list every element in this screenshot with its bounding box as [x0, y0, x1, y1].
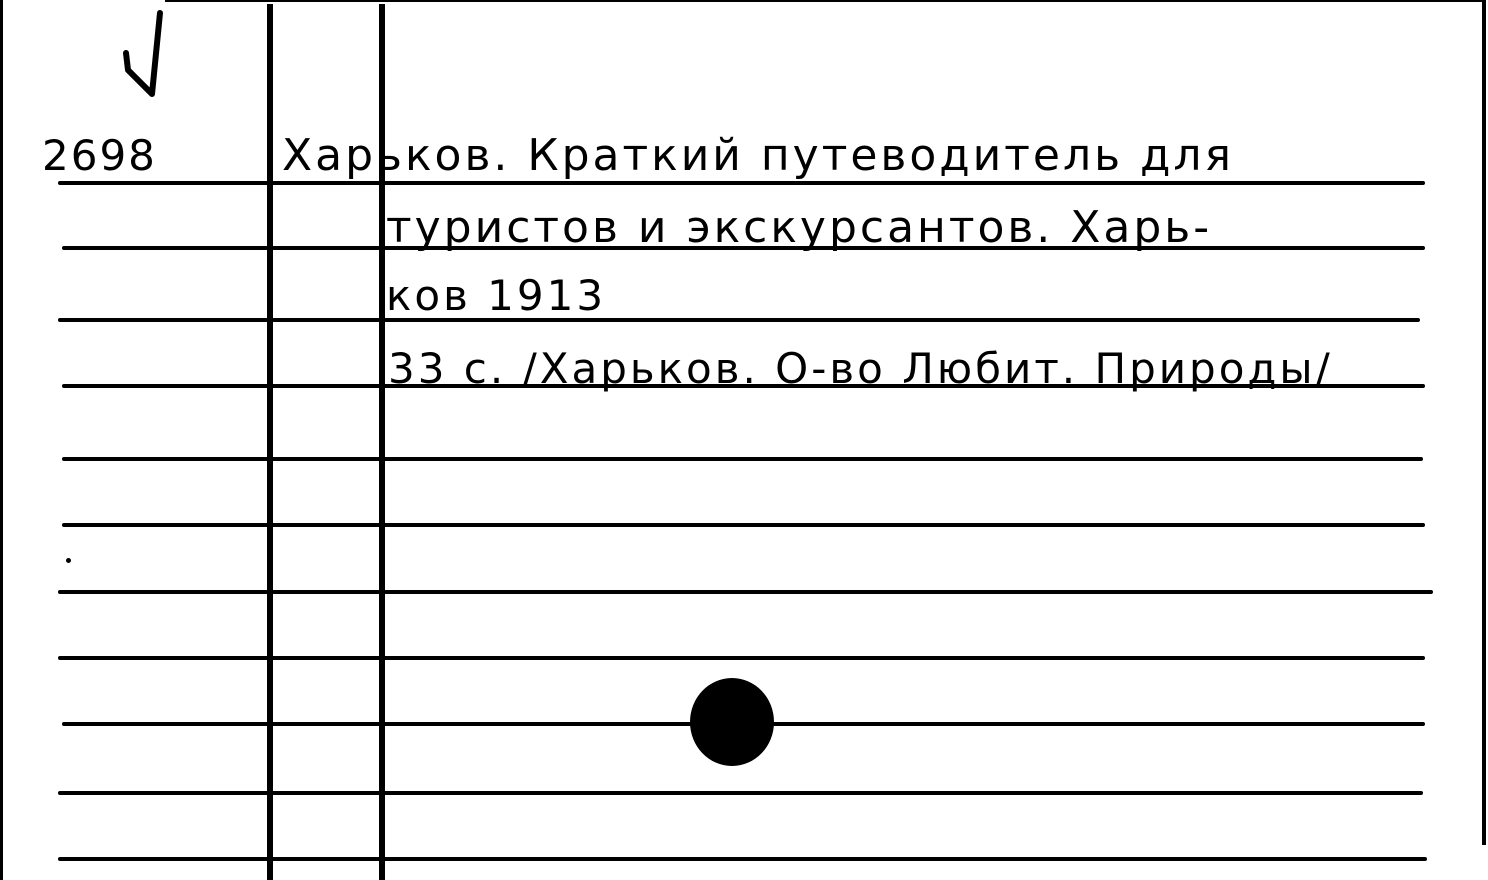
ruled-line [58, 590, 1433, 594]
ruled-line [58, 857, 1427, 861]
ink-speck [66, 558, 71, 563]
catalog-card: 2698 Харьков. Краткий путеводитель для т… [0, 0, 1488, 880]
check-mark-icon [118, 8, 168, 100]
ruled-line [58, 181, 1425, 185]
column-rule-1 [267, 4, 273, 880]
punch-hole [690, 678, 774, 766]
card-right-edge [1482, 0, 1486, 845]
ruled-line [62, 523, 1425, 527]
card-top-edge [165, 0, 1485, 2]
entry-line-1: Харьков. Краткий путеводитель для [282, 134, 1234, 178]
entry-line-4: 33 с. /Харьков. О-во Любит. Природы/ [388, 348, 1333, 390]
card-left-edge [0, 0, 3, 880]
ruled-line [58, 656, 1425, 660]
call-number: 2698 [42, 135, 157, 177]
ruled-line [58, 318, 1420, 322]
ruled-line [62, 457, 1423, 461]
entry-line-2: туристов и экскурсантов. Харь- [386, 206, 1212, 250]
entry-line-3: ков 1913 [386, 275, 606, 317]
ruled-line [58, 791, 1423, 795]
